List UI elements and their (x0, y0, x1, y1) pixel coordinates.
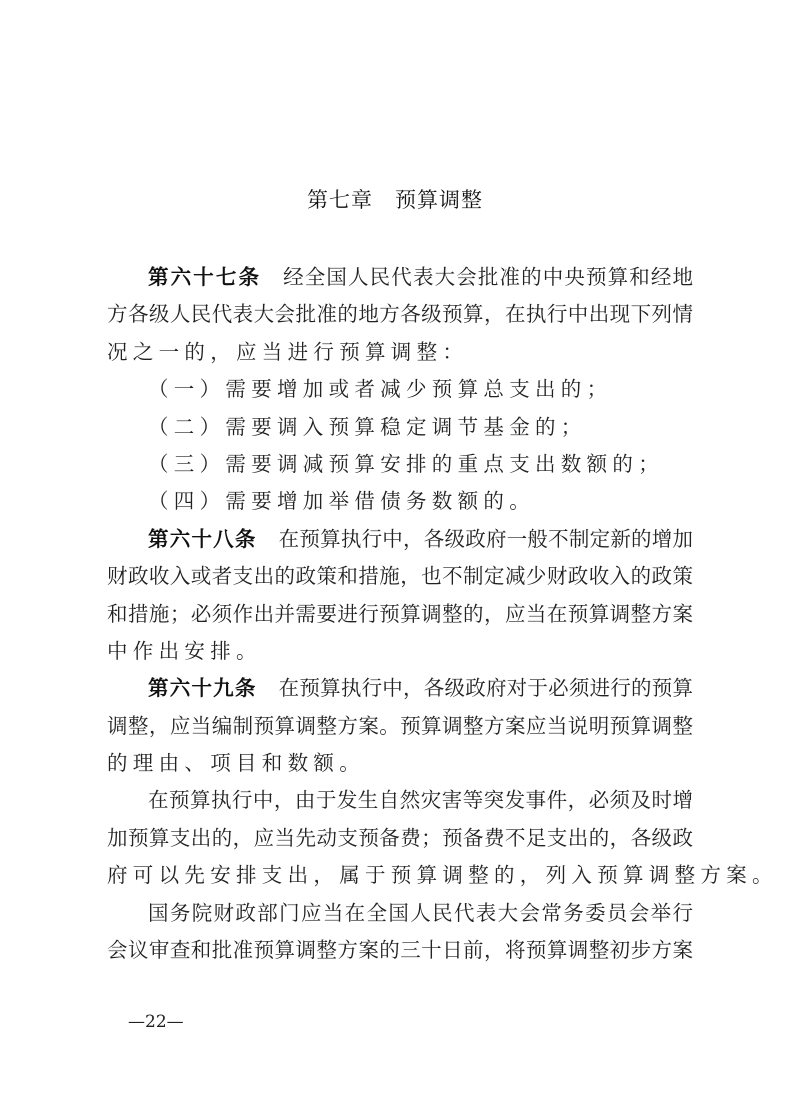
list-item: （三）需要调减预算安排的重点支出数额的； (107, 446, 693, 483)
article-68-line-2: 财政收入或者支出的政策和措施，也不制定减少财政收入的政策 (107, 558, 693, 595)
article-68-line-3: 和措施；必须作出并需要进行预算调整的，应当在预算调整方案 (107, 596, 693, 633)
list-item: （一）需要增加或者减少预算总支出的； (107, 371, 693, 408)
article-number: 第六十八条 (148, 527, 257, 551)
article-67-line-1: 第六十七条经全国人民代表大会批准的中央预算和经地 (107, 259, 693, 296)
article-69-line-1: 第六十九条在预算执行中，各级政府对于必须进行的预算 (107, 670, 693, 707)
paragraph-line: 国务院财政部门应当在全国人民代表大会常务委员会举行 (107, 895, 693, 932)
list-item: （四）需要增加举借债务数额的。 (107, 483, 693, 520)
article-68-line-1: 第六十八条在预算执行中，各级政府一般不制定新的增加 (107, 521, 693, 558)
article-69-line-2: 调整，应当编制预算调整方案。预算调整方案应当说明预算调整 (107, 708, 693, 745)
chapter-title: 第七章预算调整 (0, 184, 790, 214)
article-number: 第六十七条 (148, 265, 261, 289)
article-67-line-3: 况之一的，应当进行预算调整： (107, 334, 693, 371)
paragraph-line: 加预算支出的，应当先动支预备费；预备费不足支出的，各级政 (107, 820, 693, 857)
chapter-name: 预算调整 (395, 188, 483, 212)
paragraph-line: 在预算执行中，由于发生自然灾害等突发事件，必须及时增 (107, 782, 693, 819)
document-page: 第七章预算调整 第六十七条经全国人民代表大会批准的中央预算和经地 方各级人民代表… (0, 0, 790, 1118)
paragraph-line: 府可以先安排支出，属于预算调整的，列入预算调整方案。 (107, 857, 693, 894)
page-number: —22— (128, 1012, 184, 1032)
article-number: 第六十九条 (148, 676, 257, 700)
chapter-number: 第七章 (307, 188, 373, 212)
article-69-line-3: 的理由、项目和数额。 (107, 745, 693, 782)
list-item: （二）需要调入预算稳定调节基金的； (107, 409, 693, 446)
document-body: 第六十七条经全国人民代表大会批准的中央预算和经地 方各级人民代表大会批准的地方各… (107, 259, 693, 969)
article-68-line-4: 中作出安排。 (107, 633, 693, 670)
paragraph-line: 会议审查和批准预算调整方案的三十日前，将预算调整初步方案 (107, 932, 693, 969)
article-67-line-2: 方各级人民代表大会批准的地方各级预算，在执行中出现下列情 (107, 296, 693, 333)
